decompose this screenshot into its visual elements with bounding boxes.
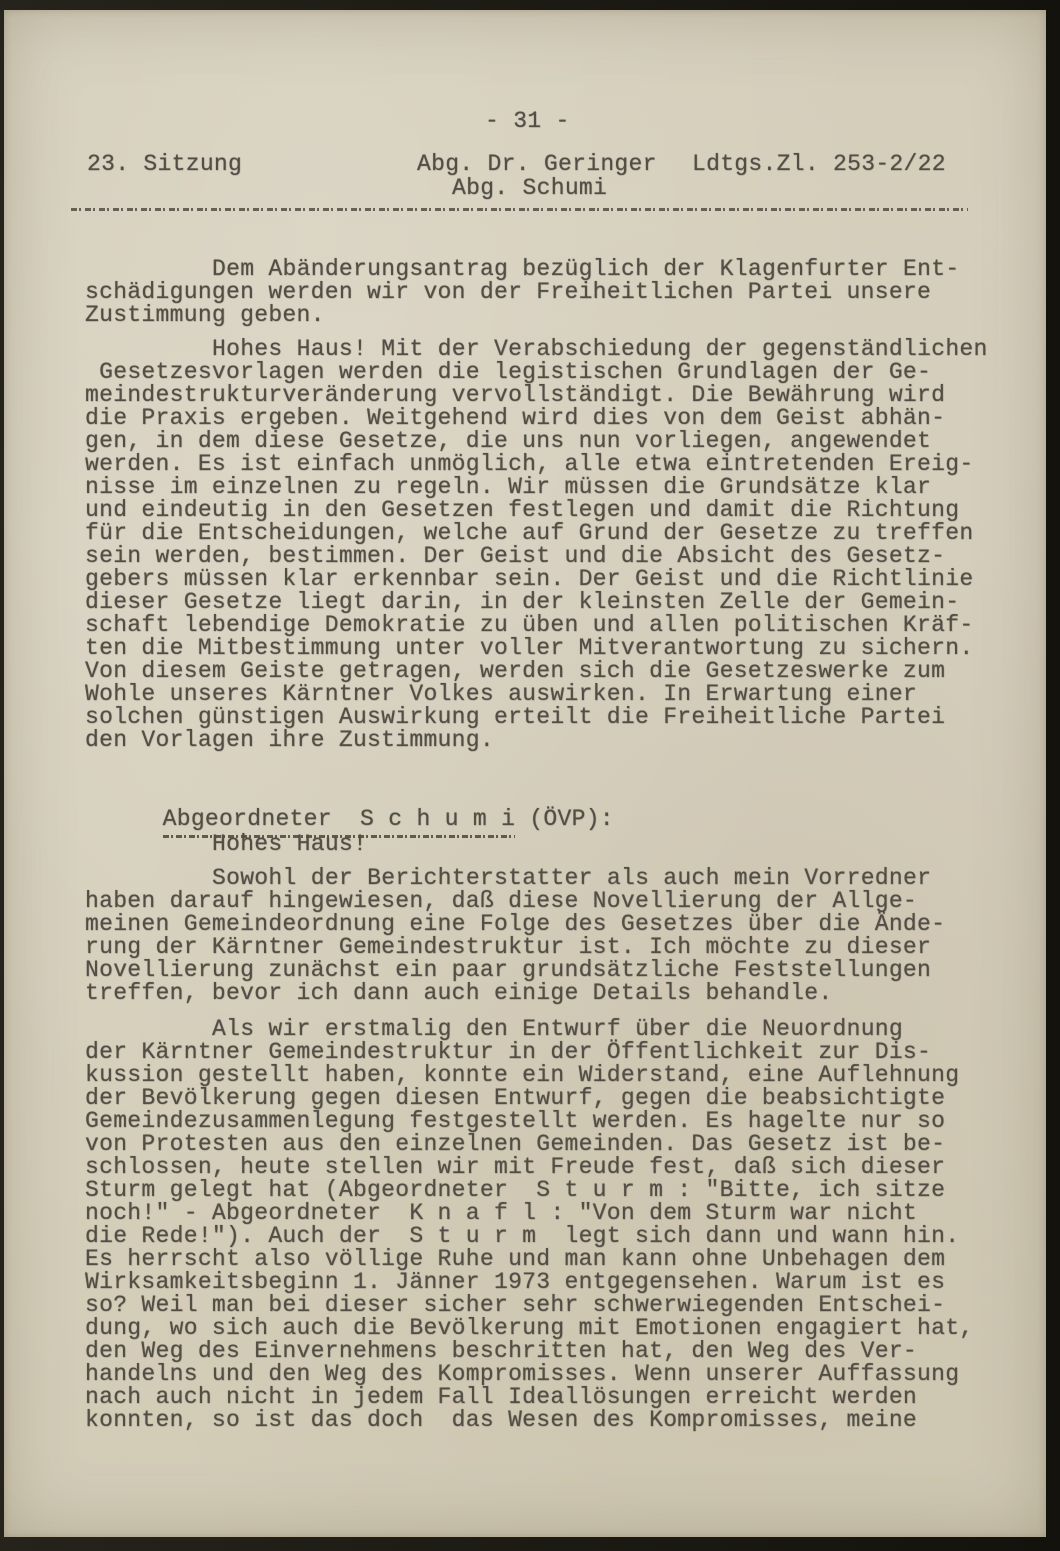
session-label: 23. Sitzung	[87, 153, 242, 176]
header-reference-number: Ldtgs.Zl. 253-2/22	[692, 153, 946, 176]
paragraph-geringer-1: Dem Abänderungsantrag bezüglich der Klag…	[85, 258, 995, 327]
scanned-document-page: - 31 - 23. Sitzung Abg. Dr. Geringer Ldt…	[0, 0, 1060, 1551]
header-speaker-1: Abg. Dr. Geringer	[417, 153, 657, 176]
paragraph-schumi-1: Sowohl der Berichterstatter als auch mei…	[85, 867, 995, 1005]
paragraph-geringer-2: Hohes Haus! Mit der Verabschiedung der g…	[85, 338, 995, 752]
speaker-heading-party: (ÖVP):	[515, 806, 614, 832]
dashed-separator-line	[71, 207, 968, 211]
paper-sheet: - 31 - 23. Sitzung Abg. Dr. Geringer Ldt…	[4, 10, 1046, 1537]
salutation: Hohes Haus!	[85, 833, 995, 856]
page-number: - 31 -	[485, 110, 570, 133]
header-speaker-2: Abg. Schumi	[452, 177, 607, 200]
paragraph-schumi-2: Als wir erstmalig den Entwurf über die N…	[85, 1018, 995, 1432]
